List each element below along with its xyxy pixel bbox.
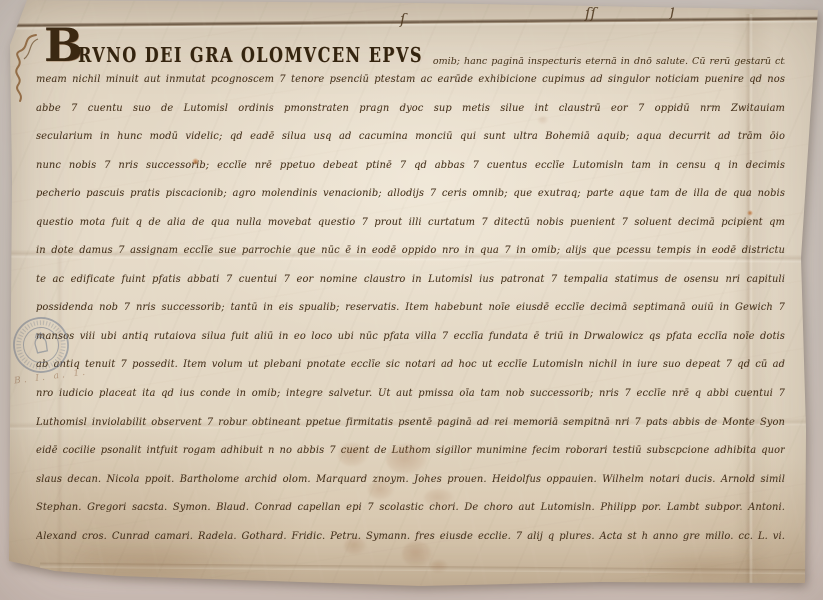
- charter-line: te ac edificate fuint pfatis abbati 7 cu…: [36, 266, 785, 295]
- charter-line: mansos viii ubi antiq rutaiova silua fui…: [36, 323, 785, 352]
- charter-line: nro iudicio placeat ita qd ius conde in …: [36, 380, 785, 409]
- charter-line: possidenda nob 7 nris successorib; tantū…: [36, 294, 785, 323]
- charter-line: meam nichil minuit aut inmutat pcognosce…: [36, 66, 785, 95]
- charter-line: secularium in hunc modū videlic; qd eadē…: [36, 123, 785, 152]
- charter-text: ſ ſſ ſ B RVNO DEI GRA OLOMVCEN EPVS omib…: [0, 0, 823, 600]
- charter-line: ab antiq tenuit 7 possedit. Item volum u…: [36, 351, 785, 380]
- charter-photograph: B. I. a. 1. ſ ſſ ſ B RVNO DEI GRA OLOMVC…: [0, 0, 823, 600]
- charter-line: in dote damus 7 assignam ecclīe sue parr…: [36, 237, 785, 266]
- illuminated-initial-block: B: [36, 27, 76, 71]
- charter-line: Luthomisl inviolabilit observent 7 robur…: [36, 409, 785, 438]
- ascender-flourish: ſ: [400, 10, 406, 28]
- charter-line: nunc nobis 7 nris successorib; ecclīe nr…: [36, 152, 785, 181]
- charter-line: questio mota fuit q de alia de qua nulla…: [36, 209, 785, 238]
- charter-line: slaus decan. Nicola ppoit. Bartholome ar…: [36, 466, 785, 495]
- charter-line: eidē cocilie psonalit intfuit rogam adhi…: [36, 437, 785, 466]
- charter-line: pecherio pascuis pratis piscacionib; agr…: [36, 180, 785, 209]
- charter-line: Stephan. Gregori sacsta. Symon. Blaud. C…: [36, 494, 785, 523]
- parchment: B. I. a. 1. ſ ſſ ſ B RVNO DEI GRA OLOMVC…: [0, 0, 823, 600]
- ascender-flourish: ſ: [670, 2, 676, 20]
- parchment-wrapper: B. I. a. 1. ſ ſſ ſ B RVNO DEI GRA OLOMVC…: [0, 0, 823, 600]
- ascender-flourish: ſſ: [585, 4, 596, 22]
- charter-intitulatio: RVNO DEI GRA OLOMVCEN EPVS: [78, 42, 423, 67]
- opening-line: B RVNO DEI GRA OLOMVCEN EPVS omib; hanc …: [36, 31, 785, 71]
- charter-body-lines: meam nichil minuit aut inmutat pcognosce…: [36, 66, 785, 551]
- charter-line: Alexand cros. Cunrad camari. Radela. Got…: [36, 523, 785, 552]
- charter-line: abbe 7 cuentu suo de Lutomisl ordinis pm…: [36, 95, 785, 124]
